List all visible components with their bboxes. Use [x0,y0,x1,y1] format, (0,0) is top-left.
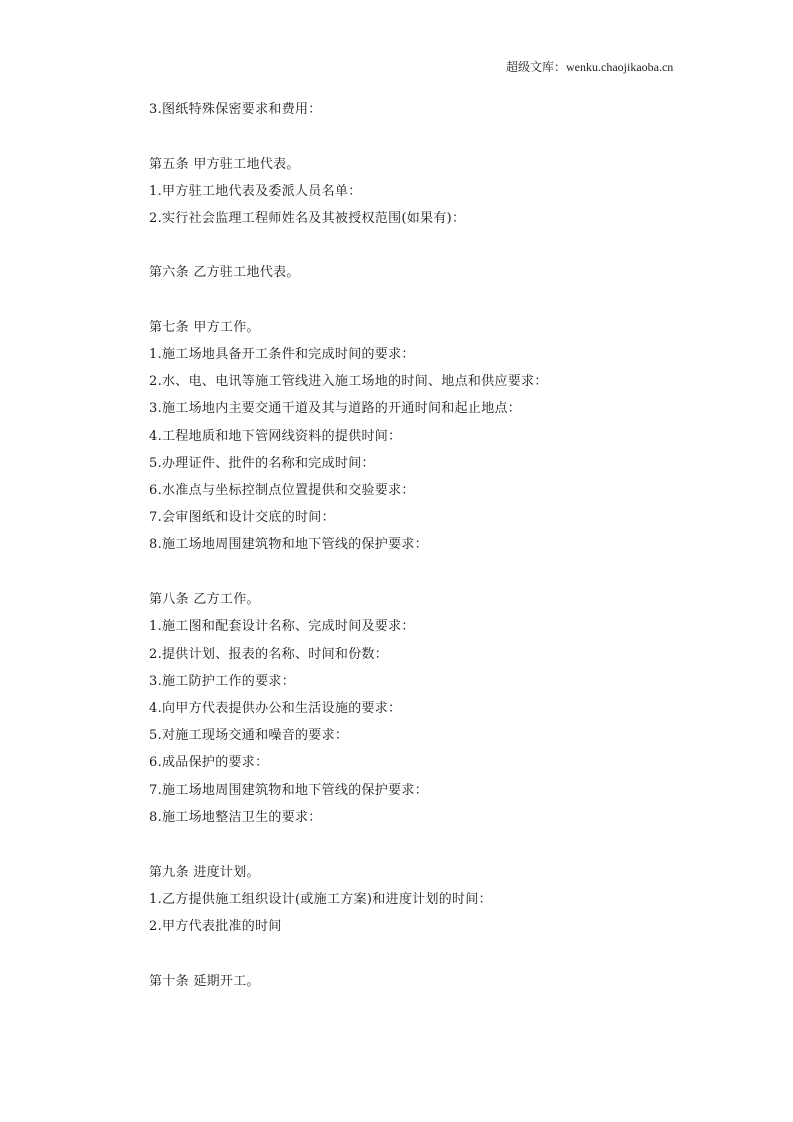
list-item: 4.向甲方代表提供办公和生活设施的要求： [149,701,401,717]
list-item: 6.水准点与坐标控制点位置提供和交验要求： [149,483,415,499]
list-item: 2.实行社会监理工程师姓名及其被授权范围(如果有)： [149,211,465,227]
list-item: 1.乙方提供施工组织设计(或施工方案)和进度计划的时间： [149,892,492,908]
list-item: 4.工程地质和地下管网线资料的提供时间： [149,429,401,445]
list-item: 2.甲方代表批准的时间 [149,919,282,935]
list-item: 3.图纸特殊保密要求和费用： [149,102,322,118]
list-item: 7.施工场地周围建筑物和地下管线的保护要求： [149,783,428,799]
list-item: 8.施工场地整洁卫生的要求： [149,810,322,826]
page-header-site: 超级文库：wenku.chaojikaoba.cn [506,58,673,75]
list-item: 7.会审图纸和设计交底的时间： [149,510,335,526]
list-item: 5.办理证件、批件的名称和完成时间： [149,456,375,472]
list-item: 1.施工图和配套设计名称、完成时间及要求： [149,619,415,635]
list-item: 2.水、电、电讯等施工管线进入施工场地的时间、地点和供应要求： [149,374,548,390]
list-item: 3.施工防护工作的要求： [149,674,295,690]
article-heading: 第五条 甲方驻工地代表。 [149,157,300,173]
article-heading: 第八条 乙方工作。 [149,592,260,608]
list-item: 2.提供计划、报表的名称、时间和份数： [149,647,388,663]
article-heading: 第六条 乙方驻工地代表。 [149,265,300,281]
list-item: 3.施工场地内主要交通干道及其与道路的开通时间和起止地点： [149,401,521,417]
article-heading: 第十条 延期开工。 [149,974,260,990]
list-item: 8.施工场地周围建筑物和地下管线的保护要求： [149,537,428,553]
list-item: 6.成品保护的要求： [149,755,268,771]
article-heading: 第七条 甲方工作。 [149,320,260,336]
list-item: 1.施工场地具备开工条件和完成时间的要求： [149,347,415,363]
list-item: 1.甲方驻工地代表及委派人员名单： [149,184,362,200]
list-item: 5.对施工现场交通和噪音的要求： [149,728,348,744]
article-heading: 第九条 进度计划。 [149,865,260,881]
